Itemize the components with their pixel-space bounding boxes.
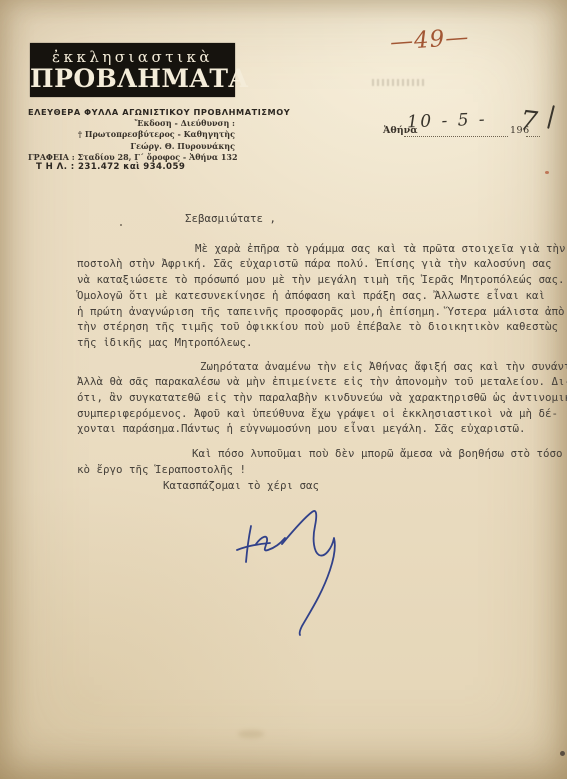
dateline: Ἀθήνα 196 10 - 5 - 7 — [383, 119, 563, 149]
letter-line: τὴν στέρηση τῆς τιμῆς τοῦ ὀφικκίου ποὺ μ… — [77, 319, 567, 335]
dark-edge-speck — [560, 751, 565, 756]
letter-line: Ζωηρότατα ἀναμένω τὴν εἰς Ἀθήνας ἄφιξή σ… — [77, 359, 567, 375]
editor-title: † Πρωτοπρεσβύτερος - Καθηγητὴς — [60, 129, 235, 140]
editor-name: Γεώργ. Θ. Πυρουνάκης — [60, 141, 235, 152]
letter-paragraph: Ζωηρότατα ἀναμένω τὴν εἰς Ἀθήνας ἄφιξή σ… — [77, 359, 567, 438]
letter-line: Ὁμολογῶ ὅτι μὲ κατεσυνεκίνησε ἡ ἀπόφαση … — [77, 288, 567, 304]
letter-line: κὸ ἔργο τῆς Ἱεραποστολῆς ! — [77, 462, 567, 478]
letter-line: ποστολὴ στὴν Ἀφρική. Σᾶς εὐχαριστῶ πάρα … — [77, 256, 567, 272]
signature-cross-stem — [246, 526, 251, 562]
red-ink-speck — [545, 171, 549, 174]
offices-address: ΓΡΑΦΕΙΑ : Σταδίου 28, Γ΄ ὄροφος - Ἀθήνα … — [28, 152, 238, 162]
closing-line: Κατασπάζομαι τὸ χέρι σας — [77, 478, 567, 494]
phone-numbers: Τ Η Λ. : 231.472 καὶ 934.059 — [36, 162, 185, 172]
scanned-letter-page: ἐκκλησιαστικὰ ΠΡΟΒΛΗΜΑΤΑ ΕΛΕΥΘΕΡΑ ΦΥΛΛΑ … — [0, 0, 567, 779]
handwritten-page-number: —49— — [389, 24, 470, 55]
paper-smudge — [238, 730, 264, 738]
letter-line: ἡ πρώτη ἀναγνώριση τῆς ταπεινῆς προσφορᾶ… — [77, 304, 567, 320]
letter-line: Μὲ χαρὰ ἐπῆρα τὸ γράμμα σας καὶ τὰ πρῶτα… — [77, 241, 567, 257]
letter-paragraphs: Μὲ χαρὰ ἐπῆρα τὸ γράμμα σας καὶ τὰ πρῶτα… — [77, 241, 567, 478]
faint-stamp-mark — [372, 79, 424, 86]
letter-body: Σεβασμιώτατε , Μὲ χαρὰ ἐπῆρα τὸ γράμμα σ… — [77, 211, 567, 493]
signature-flourish — [282, 511, 335, 635]
letter-paragraph: Καὶ πόσο λυποῦμαι ποὺ δὲν μπορῶ ἄμεσα νὰ… — [77, 446, 567, 477]
handwritten-pen-tick — [547, 105, 555, 129]
masthead-box: ἐκκλησιαστικὰ ΠΡΟΒΛΗΜΑΤΑ — [30, 43, 235, 97]
letterhead-tagline: ΕΛΕΥΘΕΡΑ ΦΥΛΛΑ ΑΓΩΝΙΣΤΙΚΟΥ ΠΡΟΒΛΗΜΑΤΙΣΜΟ… — [28, 107, 243, 117]
letter-line: ότι, ἂν συγκατατεθῶ εἰς τὴν παραλαβὴν κι… — [77, 390, 567, 406]
letter-line: χονται παράσημα.Πάντως ἡ εὐγνωμοσύνη μου… — [77, 421, 567, 437]
masthead-title-large: ΠΡΟΒΛΗΜΑΤΑ — [30, 66, 235, 92]
handwritten-day-month: 10 - 5 - — [407, 110, 488, 133]
letter-line: τῆς ἰδικῆς μας Μητροπόλεως. — [77, 335, 567, 351]
signature-scribble — [222, 500, 347, 640]
small-ink-dot — [120, 224, 122, 226]
salutation: Σεβασμιώτατε , — [77, 211, 567, 227]
edition-block: Ἔκδοση - Διεύθυνση : † Πρωτοπρεσβύτερος … — [60, 118, 235, 152]
letter-line: Καὶ πόσο λυποῦμαι ποὺ δὲν μπορῶ ἄμεσα νὰ… — [77, 446, 567, 462]
letter-line: συμπεριφερόμενος. Ἀφοῦ καὶ ὑπεύθυνα ἔχω … — [77, 406, 567, 422]
letter-paragraph: Μὲ χαρὰ ἐπῆρα τὸ γράμμα σας καὶ τὰ πρῶτα… — [77, 241, 567, 351]
letter-line: νὰ καταξιώσετε τὸ πρόσωπό μου μὲ τὴν μεγ… — [77, 272, 567, 288]
edition-label: Ἔκδοση - Διεύθυνση : — [60, 118, 235, 129]
letter-line: Ἀλλὰ θὰ σᾶς παρακαλέσω νὰ μὴν ἐπιμείνετε… — [77, 374, 567, 390]
